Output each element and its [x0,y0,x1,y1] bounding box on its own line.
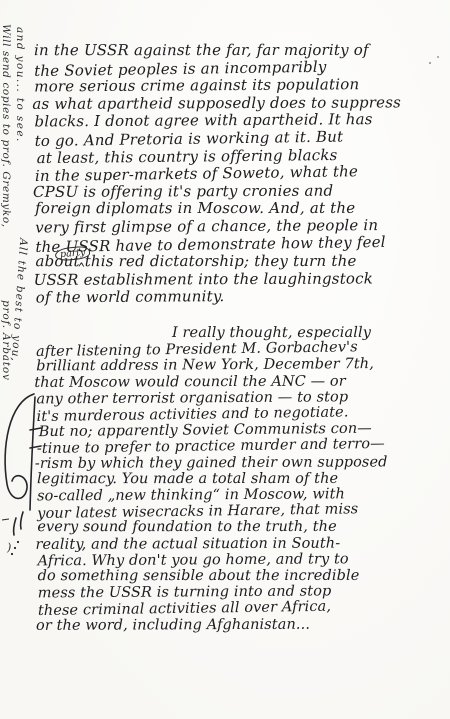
handwritten-line: reality, and the actual situation in Sou… [35,535,447,553]
scanned-letter-page: Will send copies to prof. Gremyko, and y… [0,0,450,719]
handwritten-line: about this red dictatorship; they turn t… [35,253,447,271]
insertion-caret-icon: ^ [78,260,85,278]
handwritten-line: USSR establishment into the laughingstoc… [34,270,446,289]
handwritten-line: foreign diplomats in Moscow. And, at the [35,200,447,218]
ink-speck [429,62,431,64]
handwritten-line: -rism by which they gained their own sup… [35,454,447,472]
handwritten-line: do something sensible about the incredib… [38,568,450,585]
paragraph-1: in the USSR against the far, far majorit… [34,41,448,308]
letter-body: in the USSR against the far, far majorit… [34,41,450,635]
margin-note-copies: Will send copies to prof. Gremyko, [0,24,12,228]
handwritten-line: every sound foundation to the truth, the [37,519,449,536]
handwritten-line: of the world community. [36,287,448,307]
handwritten-line: or the word, including Afghanistan... [36,616,448,634]
handwritten-line: Africa. Why don't you go home, and try t… [38,550,450,569]
margin-note-prof-arbatov: prof. Arbatov [0,300,12,381]
ink-speck [437,56,439,58]
handwritten-line: that Moscow would council the ANC — or [34,373,446,391]
paragraph-2: I really thought, especiallyafter listen… [36,323,450,634]
stray-ink-mark: ) [7,541,11,554]
handwritten-line: legitimacy. You made a total sham of the [37,471,449,488]
handwritten-line: as what apartheid supposedly does to sup… [32,94,444,113]
margin-note-and-you: and you... to see. [14,27,26,143]
